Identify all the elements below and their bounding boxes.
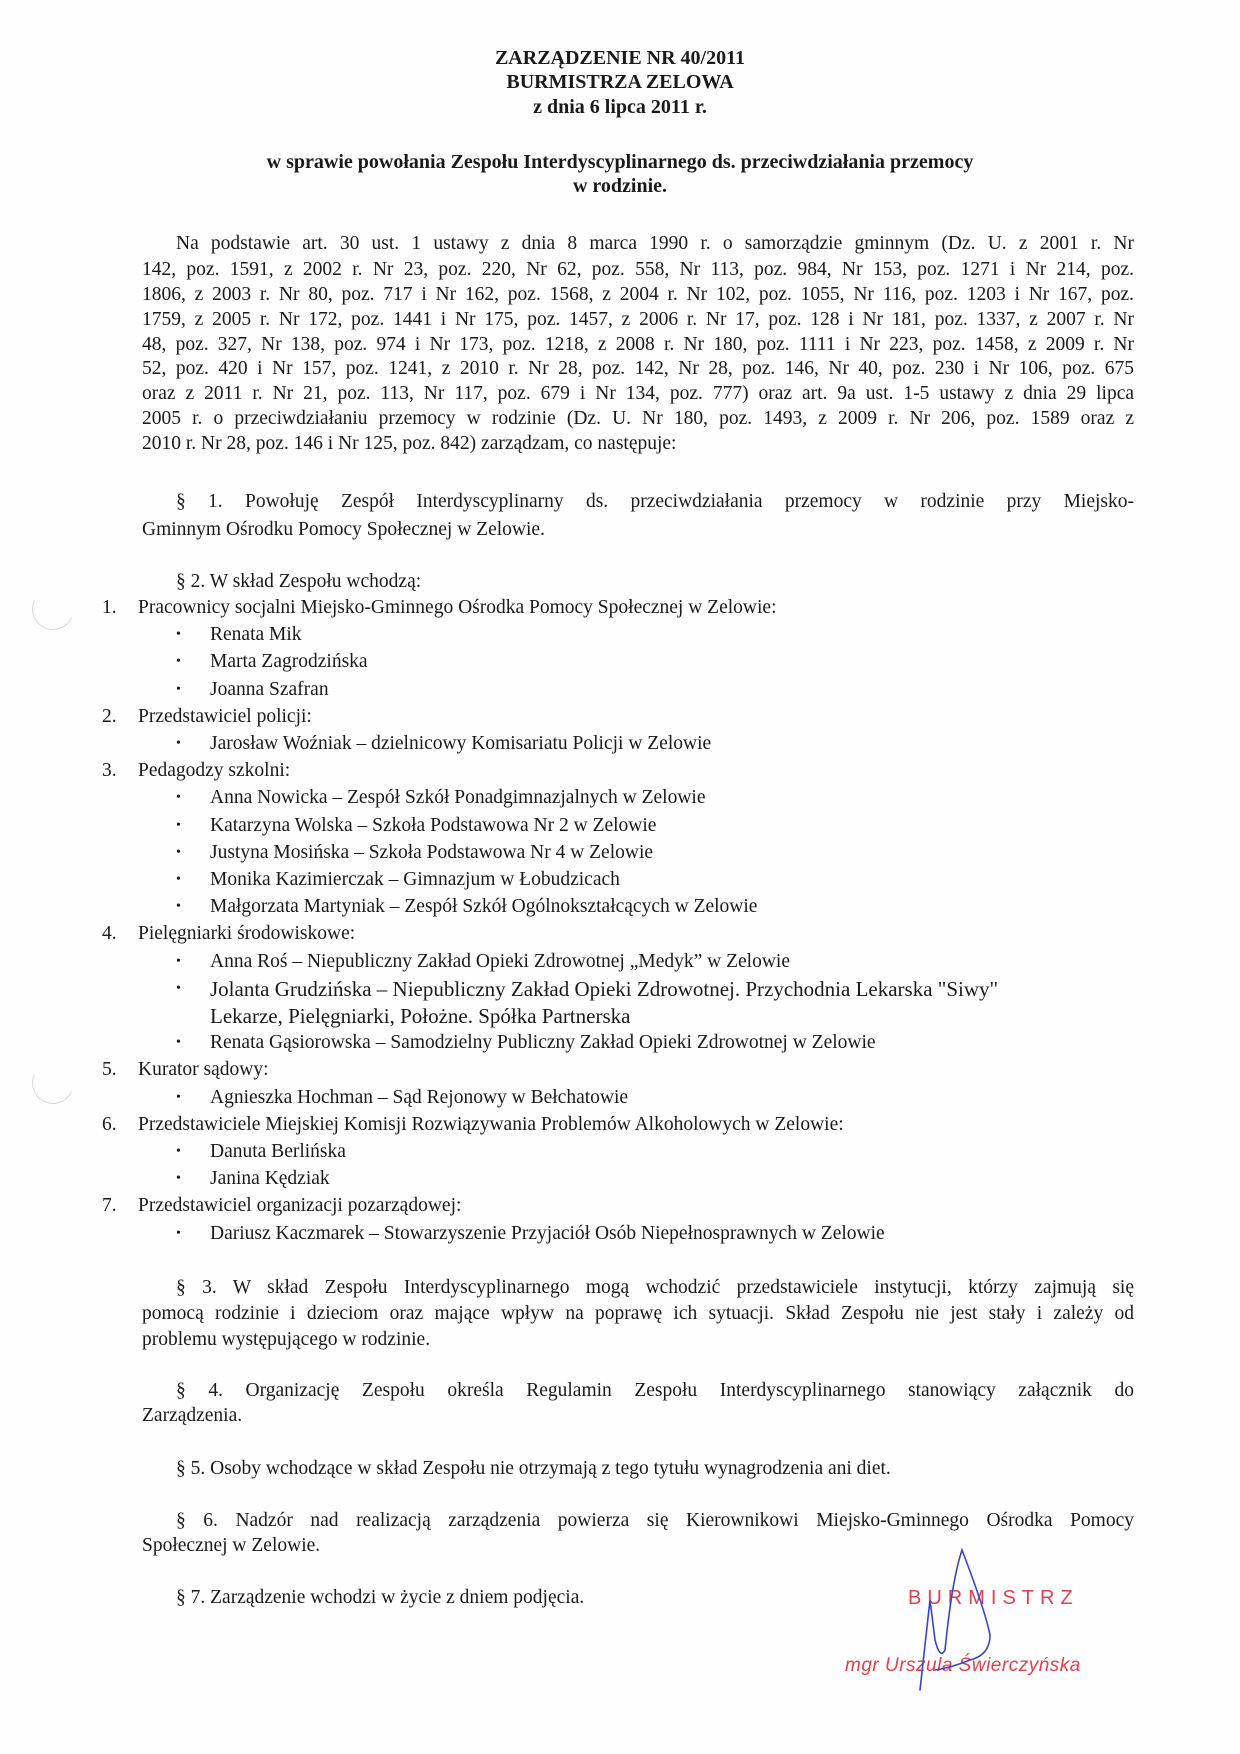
group-label: Przedstawiciel organizacji pozarządowej: [138, 1194, 461, 1218]
member-entry: Justyna Mosińska – Szkoła Podstawowa Nr … [210, 841, 653, 865]
section-2-intro: § 2. W skład Zespołu wchodzą: [176, 570, 421, 594]
section-1-cont: Gminnym Ośrodku Pomocy Społecznej w Zelo… [142, 518, 1134, 542]
member-entry: Danuta Berlińska [210, 1140, 346, 1164]
legal-basis-line: 2005 r. o przeciwdziałaniu przemocy w ro… [142, 407, 1134, 431]
bullet-icon: • [176, 678, 181, 702]
legal-basis-line: 48, poz. 327, Nr 138, poz. 974 i Nr 173,… [142, 333, 1134, 357]
legal-basis-line: 142, poz. 1591, z 2002 r. Nr 23, poz. 22… [142, 258, 1134, 282]
section-3-cont2: problemu występującego w rodzinie. [142, 1328, 1134, 1352]
member-entry: Renata Mik [210, 623, 302, 647]
bullet-icon: • [176, 868, 181, 892]
legal-basis-line: 2010 r. Nr 28, poz. 146 i Nr 125, poz. 8… [142, 432, 1134, 456]
section-4-cont: Zarządzenia. [142, 1404, 1134, 1428]
legal-basis-line: 1759, z 2005 r. Nr 172, poz. 1441 i Nr 1… [142, 308, 1134, 332]
punch-hole-mark [26, 1056, 80, 1110]
bullet-icon: • [176, 1222, 181, 1246]
punch-hole-mark [26, 582, 80, 636]
member-entry: Małgorzata Martyniak – Zespół Szkół Ogól… [210, 895, 757, 919]
bullet-icon: • [176, 1086, 181, 1110]
bullet-icon: • [176, 1031, 181, 1055]
group-number: 7. [102, 1194, 117, 1218]
group-number: 1. [102, 596, 117, 620]
document-title: ZARZĄDZENIE NR 40/2011 [0, 46, 1240, 70]
member-entry: Marta Zagrodzińska [210, 650, 368, 674]
bullet-icon: • [176, 814, 181, 838]
member-entry: Lekarze, Pielęgniarki, Położne. Spółka P… [210, 1004, 630, 1028]
member-entry: Janina Kędziak [210, 1167, 330, 1191]
legal-basis-line: 1806, z 2003 r. Nr 80, poz. 717 i Nr 162… [142, 283, 1134, 307]
bullet-icon: • [176, 841, 181, 865]
bullet-icon: • [176, 732, 181, 756]
section-7: § 7. Zarządzenie wchodzi w życie z dniem… [176, 1586, 584, 1610]
bullet-icon: • [176, 1167, 181, 1191]
group-number: 5. [102, 1058, 117, 1082]
group-label: Kurator sądowy: [138, 1058, 269, 1082]
group-number: 2. [102, 705, 117, 729]
member-entry: Anna Roś – Niepubliczny Zakład Opieki Zd… [210, 950, 790, 974]
group-number: 6. [102, 1113, 117, 1137]
document-date: z dnia 6 lipca 2011 r. [0, 95, 1240, 119]
document-subject-cont: w rodzinie. [0, 174, 1240, 198]
group-number: 3. [102, 759, 117, 783]
bullet-icon: • [176, 623, 181, 647]
handwritten-signature [890, 1540, 1010, 1700]
member-entry: Joanna Szafran [210, 678, 329, 702]
group-label: Przedstawiciel policji: [138, 705, 312, 729]
group-label: Przedstawiciele Miejskiej Komisji Rozwią… [138, 1113, 844, 1137]
legal-basis-line: Na podstawie art. 30 ust. 1 ustawy z dni… [142, 232, 1134, 256]
bullet-icon: • [176, 977, 181, 1001]
member-entry: Jarosław Woźniak – dzielnicowy Komisaria… [210, 732, 711, 756]
bullet-icon: • [176, 786, 181, 810]
section-3-cont: pomocą rodzinie i dzieciom oraz mające w… [142, 1302, 1134, 1326]
section-4: § 4. Organizację Zespołu określa Regulam… [142, 1379, 1134, 1403]
bullet-icon: • [176, 895, 181, 919]
document-subject: w sprawie powołania Zespołu Interdyscypl… [0, 150, 1240, 174]
legal-basis-line: oraz z 2011 r. Nr 21, poz. 113, Nr 117, … [142, 382, 1134, 406]
member-entry: Agnieszka Hochman – Sąd Rejonowy w Bełch… [210, 1086, 628, 1110]
group-label: Pielęgniarki środowiskowe: [138, 922, 355, 946]
bullet-icon: • [176, 950, 181, 974]
member-entry: Dariusz Kaczmarek – Stowarzyszenie Przyj… [210, 1222, 885, 1246]
section-1: § 1. Powołuję Zespół Interdyscyplinarny … [142, 490, 1134, 514]
section-6: § 6. Nadzór nad realizacją zarządzenia p… [142, 1509, 1134, 1533]
bullet-icon: • [176, 650, 181, 674]
bullet-icon: • [176, 1140, 181, 1164]
document-issuer: BURMISTRZA ZELOWA [0, 70, 1240, 94]
legal-basis-line: 52, poz. 420 i Nr 157, poz. 1241, z 2010… [142, 357, 1134, 381]
document-page: ZARZĄDZENIE NR 40/2011 BURMISTRZA ZELOWA… [0, 0, 1240, 1754]
member-entry: Renata Gąsiorowska – Samodzielny Publicz… [210, 1031, 876, 1055]
group-label: Pracownicy socjalni Miejsko-Gminnego Ośr… [138, 596, 777, 620]
member-entry: Anna Nowicka – Zespół Szkół Ponadgimnazj… [210, 786, 706, 810]
group-label: Pedagodzy szkolni: [138, 759, 290, 783]
section-3: § 3. W skład Zespołu Interdyscyplinarneg… [142, 1276, 1134, 1300]
member-entry: Monika Kazimierczak – Gimnazjum w Łobudz… [210, 868, 620, 892]
member-entry: Jolanta Grudzińska – Niepubliczny Zakład… [210, 977, 998, 1001]
member-entry: Katarzyna Wolska – Szkoła Podstawowa Nr … [210, 814, 656, 838]
section-5: § 5. Osoby wchodzące w skład Zespołu nie… [176, 1457, 891, 1481]
group-number: 4. [102, 922, 117, 946]
